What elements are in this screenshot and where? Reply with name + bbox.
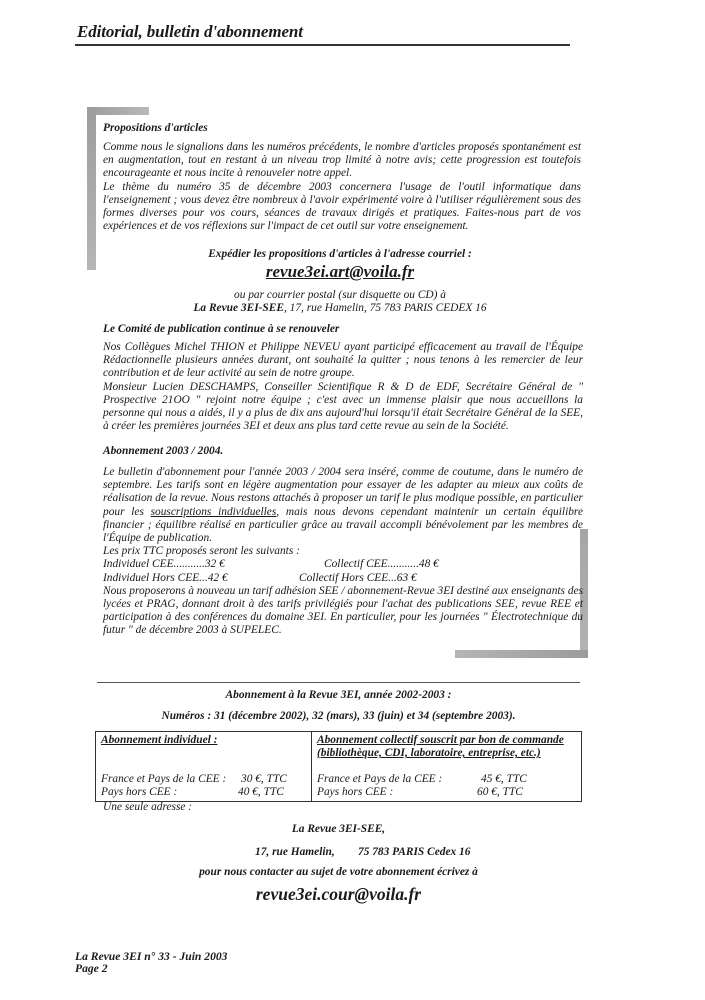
footer-issue: La Revue 3EI n° 33 - Juin 2003 bbox=[75, 951, 227, 963]
price-row: Individuel Hors CEE...42 € Collectif Hor… bbox=[103, 572, 583, 585]
subscription-table: Abonnement individuel : France et Pays d… bbox=[95, 731, 582, 802]
postal-address-name: La Revue 3EI-SEE bbox=[193, 302, 284, 314]
collective-price-row: Pays hors CEE : 60 €, TTC bbox=[317, 786, 576, 799]
frame-shade-top bbox=[87, 107, 149, 115]
prices-intro: Les prix TTC proposés seront les suivant… bbox=[103, 545, 583, 558]
section-heading-propositions: Propositions d'articles bbox=[103, 122, 208, 134]
abonnement-body: Le bulletin d'abonnement pour l'année 20… bbox=[103, 466, 583, 638]
page-header-title: Editorial, bulletin d'abonnement bbox=[77, 22, 303, 42]
price-individual: Individuel CEE...........32 € bbox=[103, 558, 225, 571]
contact-email-link[interactable]: revue3ei.cour@voila.fr bbox=[95, 884, 582, 905]
send-proposals-label: Expédier les propositions d'articles à l… bbox=[100, 248, 580, 260]
section-heading-comite: Le Comité de publication continue à se r… bbox=[103, 323, 339, 335]
frame-shade-left bbox=[87, 107, 96, 270]
individual-price-row: Pays hors CEE : 40 €, TTC bbox=[101, 786, 306, 799]
address-city: 75 783 PARIS Cedex 16 bbox=[358, 846, 470, 858]
collective-price-row: France et Pays de la CEE : 45 €, TTC bbox=[317, 773, 576, 786]
collective-heading-line2: (bibliothèque, CDI, laboratoire, entrepr… bbox=[317, 747, 576, 760]
propositions-paragraph: Comme nous le signalions dans les numéro… bbox=[103, 141, 581, 181]
price-row: Individuel CEE...........32 € Collectif … bbox=[103, 558, 583, 571]
postal-address: La Revue 3EI-SEE, 17, rue Hamelin, 75 78… bbox=[100, 302, 580, 314]
frame-shade-bottom bbox=[455, 650, 588, 658]
subscription-issues: Numéros : 31 (décembre 2002), 32 (mars),… bbox=[95, 710, 582, 722]
propositions-body: Comme nous le signalions dans les numéro… bbox=[103, 141, 581, 233]
comite-paragraph: Nos Collègues Michel THION et Philippe N… bbox=[103, 341, 583, 381]
comite-paragraph: Monsieur Lucien DESCHAMPS, Conseiller Sc… bbox=[103, 381, 583, 434]
price-label: Pays hors CEE : bbox=[101, 786, 177, 799]
postal-address-rest: , 17, rue Hamelin, 75 783 PARIS CEDEX 16 bbox=[284, 302, 487, 314]
price-value: 60 €, TTC bbox=[477, 786, 523, 799]
price-collective: Collectif Hors CEE...63 € bbox=[299, 572, 417, 585]
abonnement-paragraph: Le bulletin d'abonnement pour l'année 20… bbox=[103, 466, 583, 545]
propositions-paragraph: Le thème du numéro 35 de décembre 2003 c… bbox=[103, 181, 581, 234]
address-name: La Revue 3EI-SEE, bbox=[95, 823, 582, 835]
underlined-text: souscriptions individuelles bbox=[151, 506, 277, 518]
price-individual: Individuel Hors CEE...42 € bbox=[103, 572, 228, 585]
section-divider bbox=[97, 682, 580, 683]
price-label: France et Pays de la CEE : bbox=[101, 773, 226, 786]
address-street: 17, rue Hamelin, bbox=[255, 846, 335, 858]
abonnement-paragraph: Nous proposerons à nouveau un tarif adhé… bbox=[103, 585, 583, 638]
postal-line: ou par courrier postal (sur disquette ou… bbox=[100, 289, 580, 301]
contact-line: pour nous contacter au sujet de votre ab… bbox=[95, 866, 582, 878]
price-value: 30 €, TTC bbox=[241, 773, 287, 786]
collective-subscription-cell: Abonnement collectif souscrit par bon de… bbox=[312, 732, 582, 802]
individual-heading: Abonnement individuel : bbox=[101, 734, 306, 747]
individual-price-row: France et Pays de la CEE : 30 €, TTC bbox=[101, 773, 306, 786]
individual-subscription-cell: Abonnement individuel : France et Pays d… bbox=[96, 732, 312, 802]
comite-body: Nos Collègues Michel THION et Philippe N… bbox=[103, 341, 583, 433]
price-label: France et Pays de la CEE : bbox=[317, 773, 442, 786]
footer-page-number: Page 2 bbox=[75, 963, 227, 975]
page-footer: La Revue 3EI n° 33 - Juin 2003 Page 2 bbox=[75, 951, 227, 974]
section-heading-abonnement: Abonnement 2003 / 2004. bbox=[103, 445, 223, 457]
single-address-label: Une seule adresse : bbox=[103, 801, 192, 813]
price-value: 40 €, TTC bbox=[238, 786, 284, 799]
subscription-title: Abonnement à la Revue 3EI, année 2002-20… bbox=[95, 689, 582, 701]
price-label: Pays hors CEE : bbox=[317, 786, 393, 799]
collective-heading-line1: Abonnement collectif souscrit par bon de… bbox=[317, 734, 576, 747]
price-collective: Collectif CEE...........48 € bbox=[324, 558, 439, 571]
proposals-email-link[interactable]: revue3ei.art@voila.fr bbox=[266, 262, 414, 281]
price-value: 45 €, TTC bbox=[481, 773, 527, 786]
header-rule bbox=[75, 44, 570, 46]
